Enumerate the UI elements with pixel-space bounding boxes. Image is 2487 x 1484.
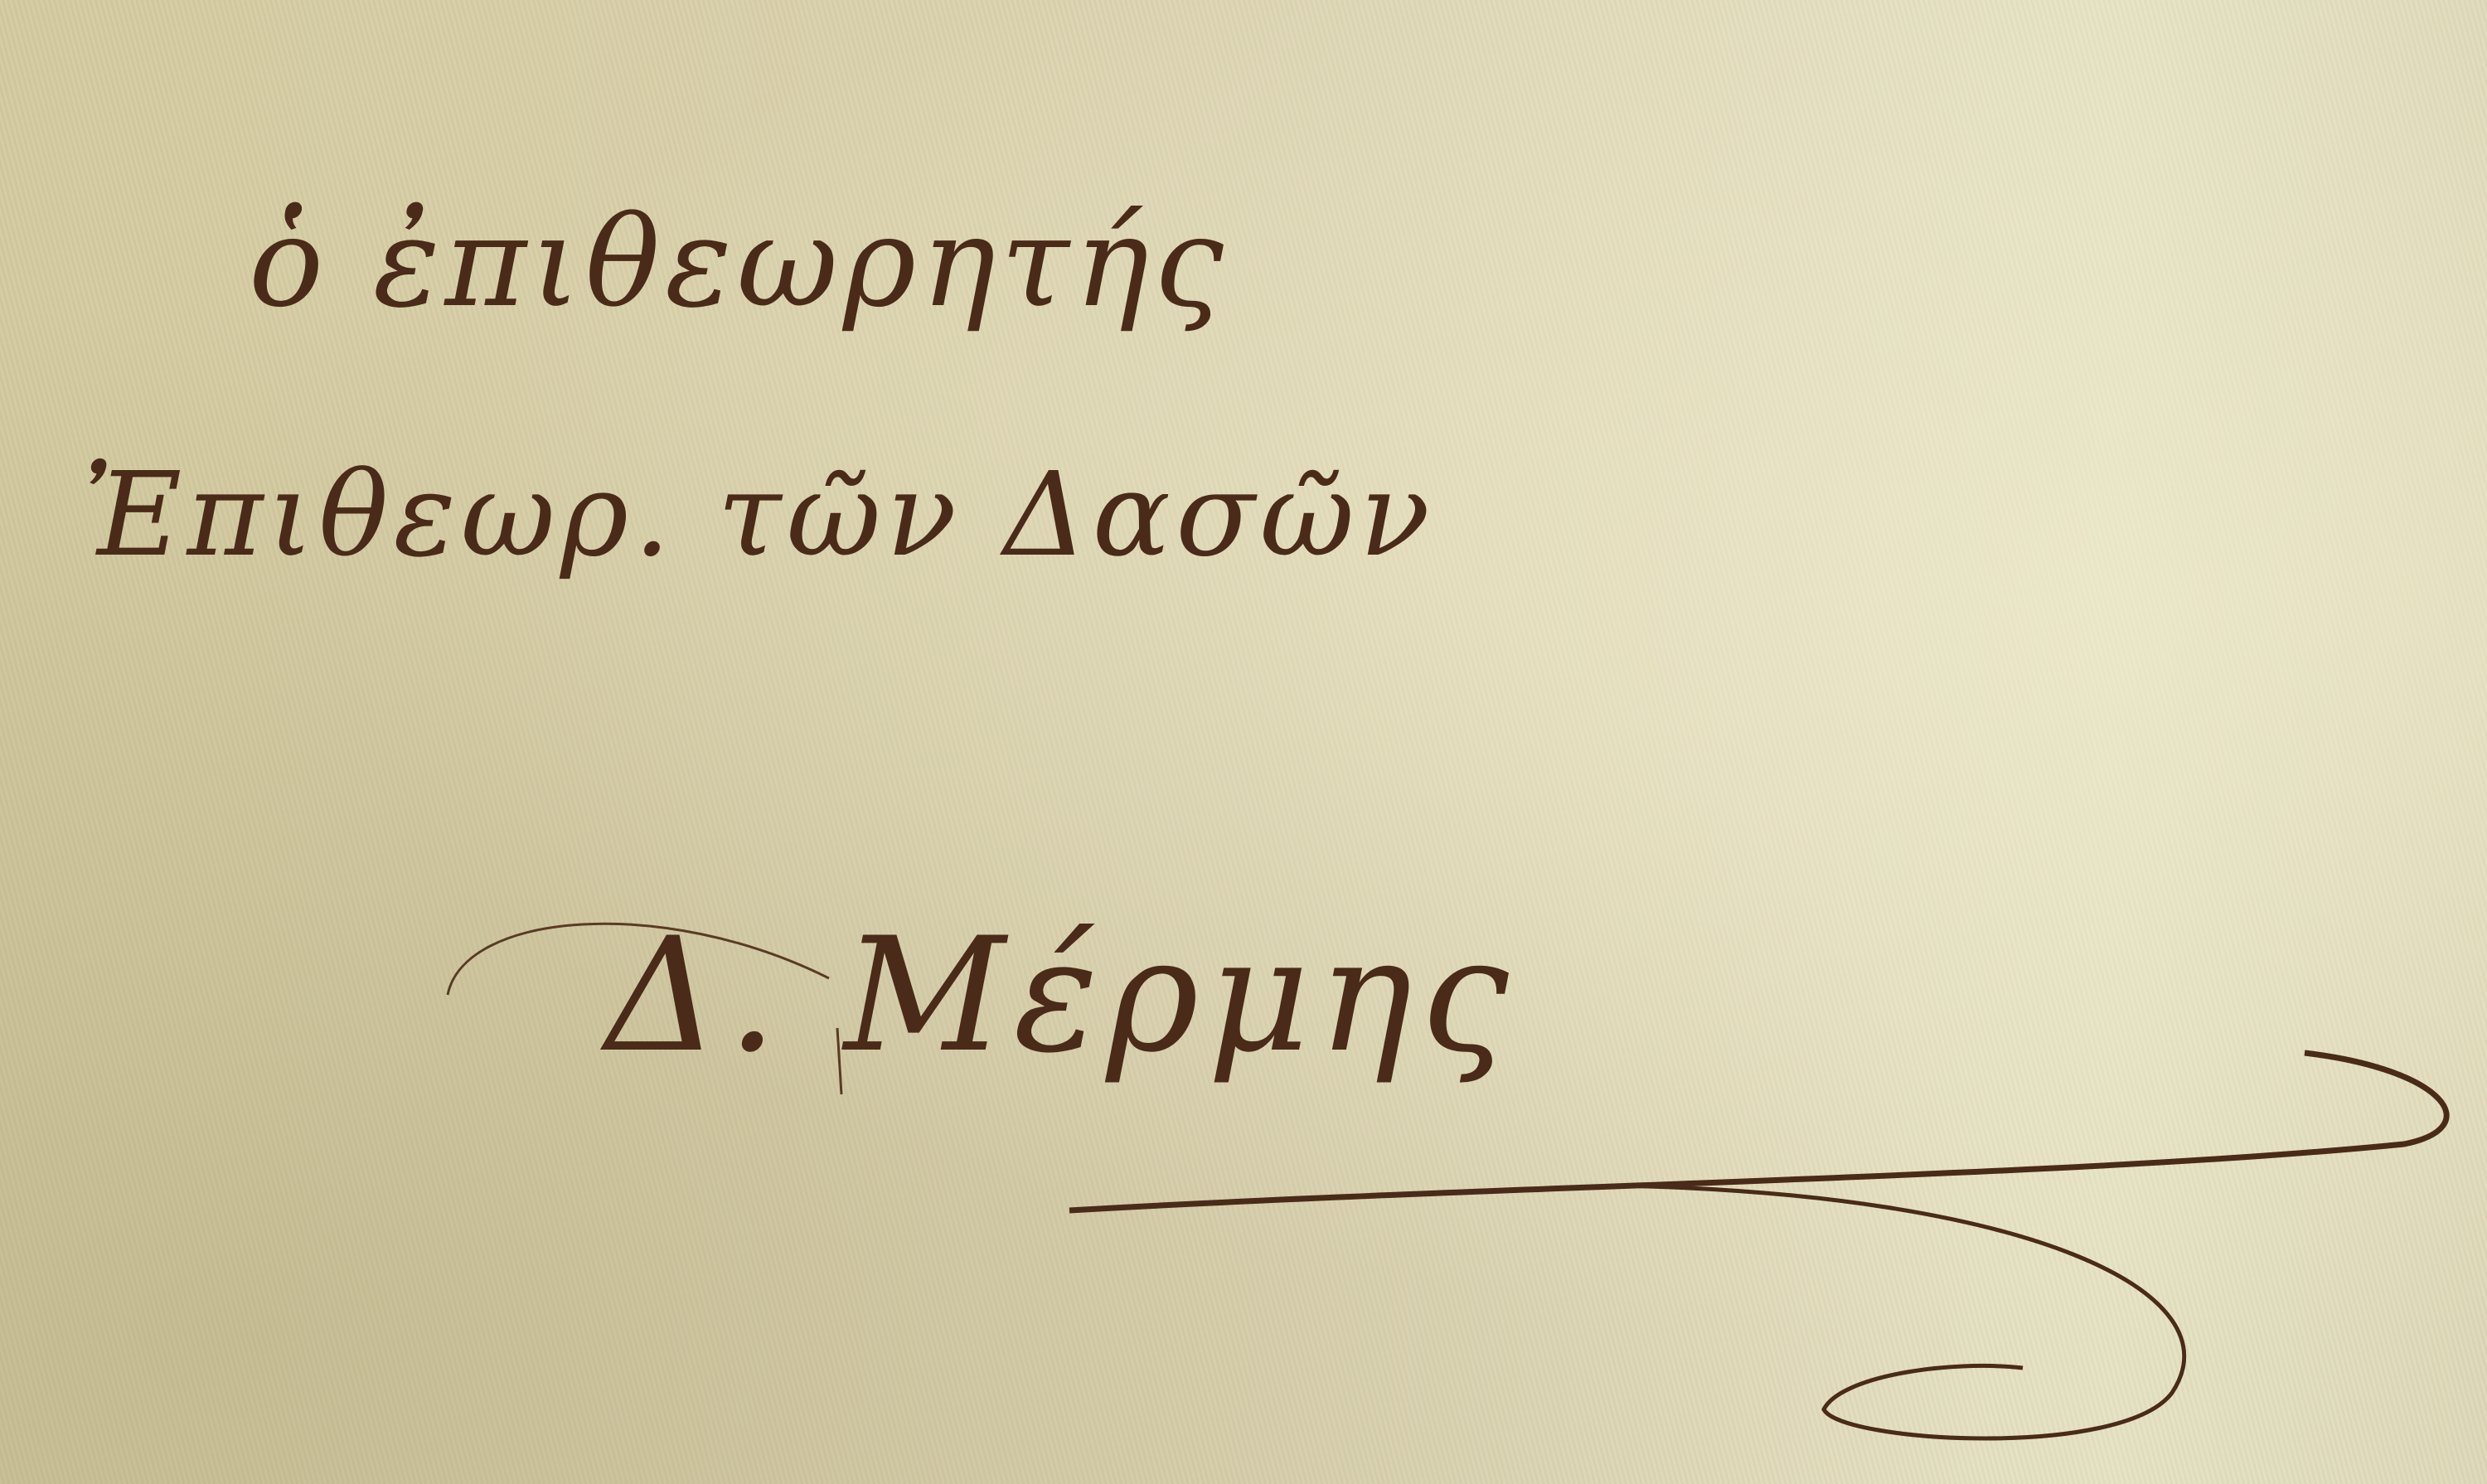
manuscript-page: ὁ ἐπιθεωρητής Ἐπιθεωρ. τῶν Δασῶν Δ. Μέρμ… [0,0,2487,1484]
signature-flourish-icon [0,0,2487,1484]
